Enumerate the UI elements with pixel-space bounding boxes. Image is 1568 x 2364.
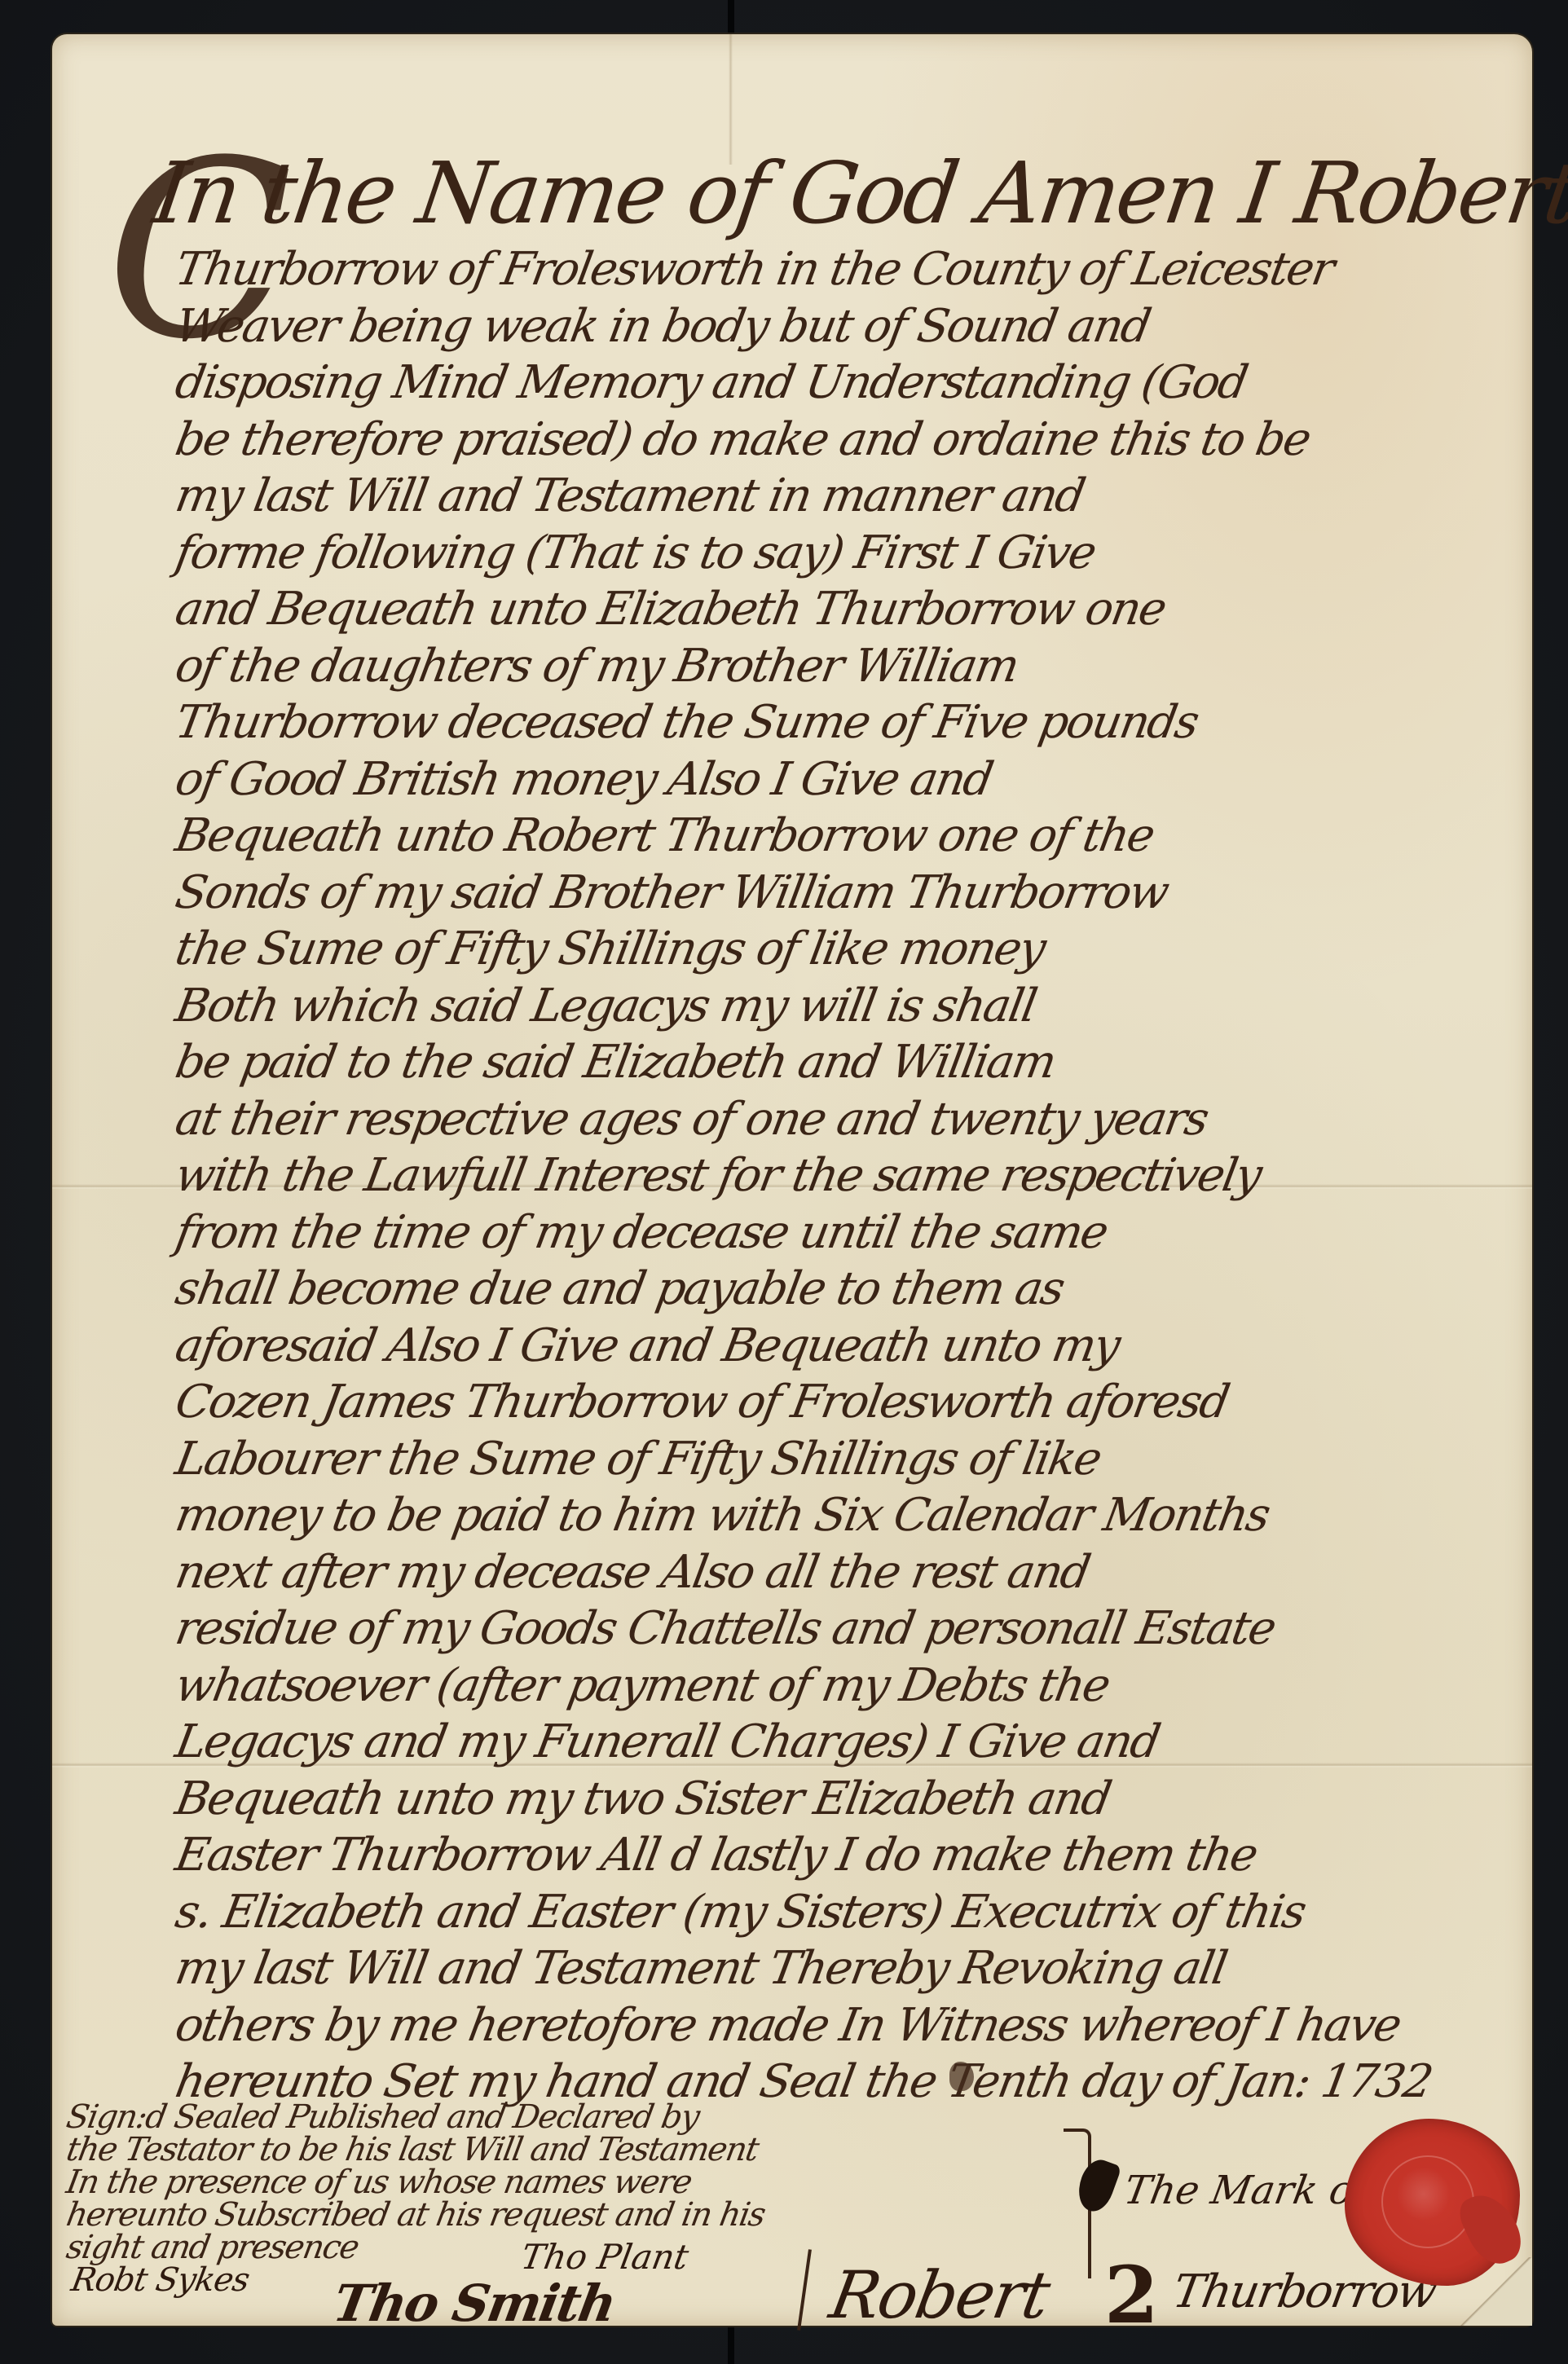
- seal-impression: [1381, 2155, 1474, 2248]
- mark-label: The Mark of: [1121, 2168, 1372, 2213]
- body-line: be therefore praised) do make and ordain…: [171, 412, 1534, 469]
- body-line: shall become due and payable to them as: [171, 1261, 1534, 1318]
- body-line: s. Elizabeth and Easter (my Sisters) Exe…: [171, 1884, 1534, 1941]
- body-line: Easter Thurborrow All d lastly I do make…: [171, 1827, 1534, 1884]
- document-viewer: C In the Name of God Amen I Robert Thurb…: [0, 0, 1568, 2364]
- body-line: the Sume of Fifty Shillings of like mone…: [171, 921, 1534, 978]
- body-line: Labourer the Sume of Fifty Shillings of …: [171, 1431, 1534, 1488]
- body-line: money to be paid to him with Six Calenda…: [171, 1487, 1534, 1544]
- paper-corner-fold: [1459, 2257, 1532, 2326]
- body-line: of Good British money Also I Give and: [171, 751, 1534, 808]
- body-line: Thurborrow of Frolesworth in the County …: [171, 241, 1534, 298]
- attestation-line: In the presence of us whose names were: [64, 2166, 1064, 2199]
- body-line: forme following (That is to say) First I…: [171, 525, 1534, 582]
- witness-signature-plant: Tho Plant: [518, 2237, 692, 2277]
- body-line: aforesaid Also I Give and Bequeath unto …: [171, 1318, 1534, 1375]
- will-text: C In the Name of God Amen I Robert Thurb…: [122, 145, 1524, 2111]
- testator-first-name: Robert: [825, 2257, 1055, 2333]
- body-line: Legacys and my Funerall Charges) I Give …: [171, 1714, 1534, 1771]
- body-line: whatsoever (after payment of my Debts th…: [171, 1657, 1534, 1715]
- body-line: disposing Mind Memory and Understanding …: [171, 354, 1534, 412]
- body-line: Sonds of my said Brother William Thurbor…: [171, 865, 1534, 922]
- testator-mark-icon: 2: [1104, 2249, 1159, 2341]
- frame-gap-top: [728, 0, 734, 36]
- body-line: at their respective ages of one and twen…: [171, 1091, 1534, 1148]
- body-line: and Bequeath unto Elizabeth Thurborrow o…: [171, 581, 1534, 638]
- attestation-line: hereunto Subscribed at his request and i…: [64, 2199, 1064, 2231]
- body-line: Bequeath unto Robert Thurborrow one of t…: [171, 808, 1534, 865]
- body-line: be paid to the said Elizabeth and Willia…: [171, 1034, 1534, 1091]
- body-line: Both which said Legacys my will is shall: [171, 978, 1534, 1035]
- ink-blot: [949, 2062, 974, 2091]
- body-line: others by me heretofore made In Witness …: [171, 1997, 1534, 2054]
- body-line: of the daughters of my Brother William: [171, 638, 1534, 695]
- body-line: Thurborrow deceased the Sume of Five pou…: [171, 694, 1534, 751]
- attestation-line: Sign:d Sealed Published and Declared by: [64, 2101, 1064, 2133]
- body-line: Cozen James Thurborrow of Frolesworth af…: [171, 1374, 1534, 1431]
- body-line: from the time of my decease until the sa…: [171, 1204, 1534, 1261]
- body-line: my last Will and Testament in manner and: [171, 468, 1534, 525]
- witness-signature-sykes: Robt Sykes: [68, 2261, 252, 2299]
- body-line: next after my decease Also all the rest …: [171, 1544, 1534, 1601]
- body-line: with the Lawfull Interest for the same r…: [171, 1147, 1534, 1204]
- will-heading: In the Name of God Amen I Robert: [148, 145, 1531, 241]
- frame-gap-bottom: [728, 2327, 734, 2364]
- body-line: my last Will and Testament Thereby Revok…: [171, 1940, 1534, 1997]
- witness-signature-smith: Tho Smith: [329, 2274, 620, 2333]
- attestation-line: the Testator to be his last Will and Tes…: [64, 2133, 1064, 2166]
- body-line: Weaver being weak in body but of Sound a…: [171, 298, 1534, 355]
- body-line: residue of my Goods Chattells and person…: [171, 1600, 1534, 1657]
- body-line: Bequeath unto my two Sister Elizabeth an…: [171, 1771, 1534, 1828]
